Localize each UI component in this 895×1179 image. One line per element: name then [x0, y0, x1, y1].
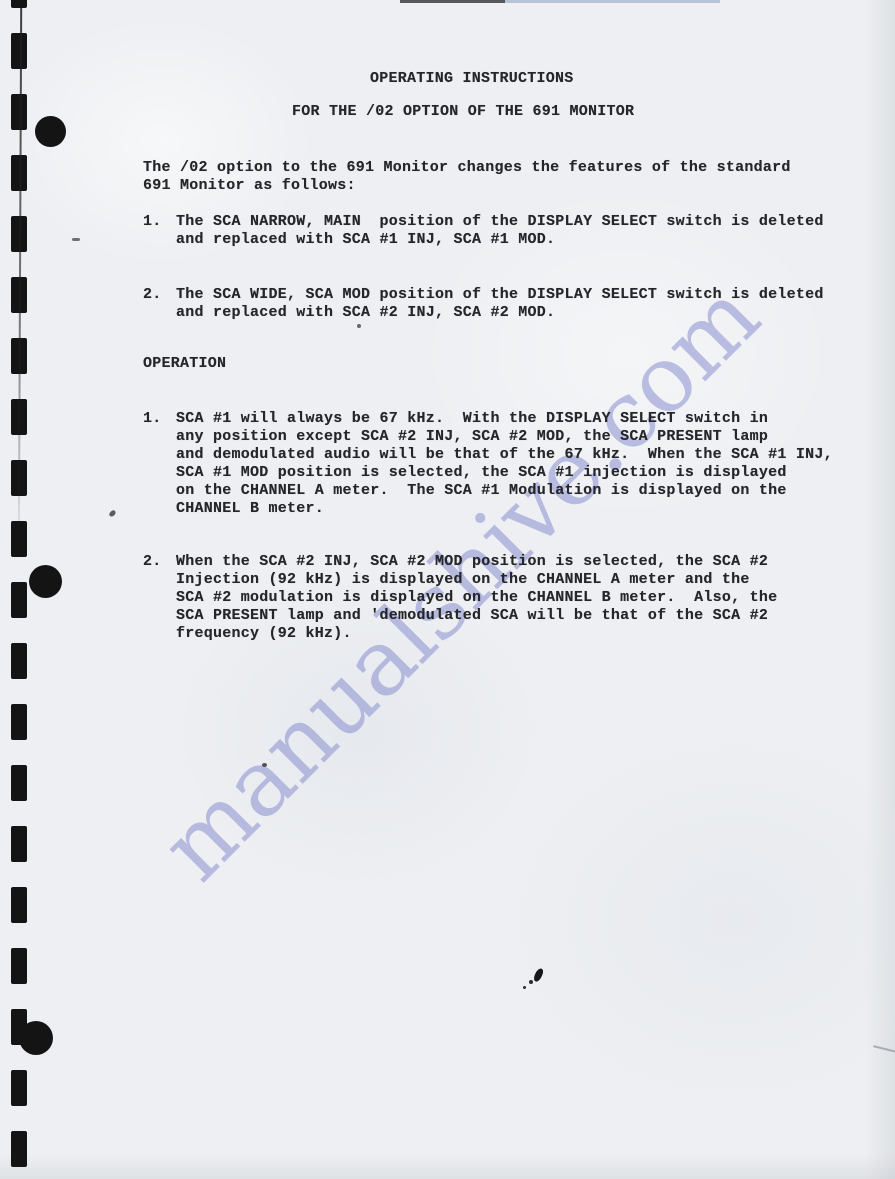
list-number: 2. [143, 553, 162, 571]
ink-speck [529, 980, 533, 984]
list-number: 2. [143, 286, 162, 304]
list-item-line: The SCA NARROW, MAIN position of the DIS… [176, 213, 824, 231]
binder-hole-mark [11, 643, 27, 679]
ink-speck [72, 238, 80, 241]
list-number: 1. [143, 213, 162, 231]
binder-hole-mark [11, 948, 27, 984]
binder-hole-mark [11, 704, 27, 740]
intro-line: The /02 option to the 691 Monitor change… [143, 159, 791, 177]
scan-edge-mark-blue [505, 0, 720, 3]
binder-hole-mark [11, 1131, 27, 1167]
binder-ring-mark [29, 565, 62, 598]
binder-hole-mark [11, 0, 27, 8]
intro-line: 691 Monitor as follows: [143, 177, 356, 195]
list-item-line: SCA #1 MOD position is selected, the SCA… [176, 464, 787, 482]
scan-edge-mark-dark [400, 0, 505, 3]
list-item-line: any position except SCA #2 INJ, SCA #2 M… [176, 428, 768, 446]
ink-speck [357, 324, 361, 328]
binder-hole-mark [11, 1070, 27, 1106]
list-item-line: The SCA WIDE, SCA MOD position of the DI… [176, 286, 824, 304]
list-item-line: on the CHANNEL A meter. The SCA #1 Modul… [176, 482, 787, 500]
list-number: 1. [143, 410, 162, 428]
scanned-manual-page: manualshive.com OPERATING INSTRUCTIONS F… [0, 0, 895, 1179]
list-item-line: frequency (92 kHz). [176, 625, 352, 643]
list-item-line: and replaced with SCA #1 INJ, SCA #1 MOD… [176, 231, 555, 249]
list-item-line: SCA PRESENT lamp and 'demodulated SCA wi… [176, 607, 768, 625]
binder-hole-mark [11, 826, 27, 862]
ink-speck [108, 509, 116, 518]
page-title-line1: OPERATING INSTRUCTIONS [370, 70, 574, 88]
ink-blot [533, 967, 545, 983]
list-item-line: SCA #2 modulation is displayed on the CH… [176, 589, 777, 607]
binder-hole-mark [11, 582, 27, 618]
list-item-line: and demodulated audio will be that of th… [176, 446, 833, 464]
ink-speck [523, 986, 526, 989]
list-item-line: When the SCA #2 INJ, SCA #2 MOD position… [176, 553, 768, 571]
binder-hole-mark [11, 887, 27, 923]
section-heading: OPERATION [143, 355, 226, 373]
binder-hole-mark [11, 765, 27, 801]
list-item-line: and replaced with SCA #2 INJ, SCA #2 MOD… [176, 304, 555, 322]
scan-scratch [873, 1045, 895, 1053]
list-item-line: Injection (92 kHz) is displayed on the C… [176, 571, 750, 589]
page-title-line2: FOR THE /02 OPTION OF THE 691 MONITOR [292, 103, 634, 121]
binder-ring-mark [35, 116, 66, 147]
binder-ring-mark [19, 1021, 53, 1055]
ink-speck [262, 763, 267, 767]
list-item-line: SCA #1 will always be 67 kHz. With the D… [176, 410, 768, 428]
list-item-line: CHANNEL B meter. [176, 500, 324, 518]
